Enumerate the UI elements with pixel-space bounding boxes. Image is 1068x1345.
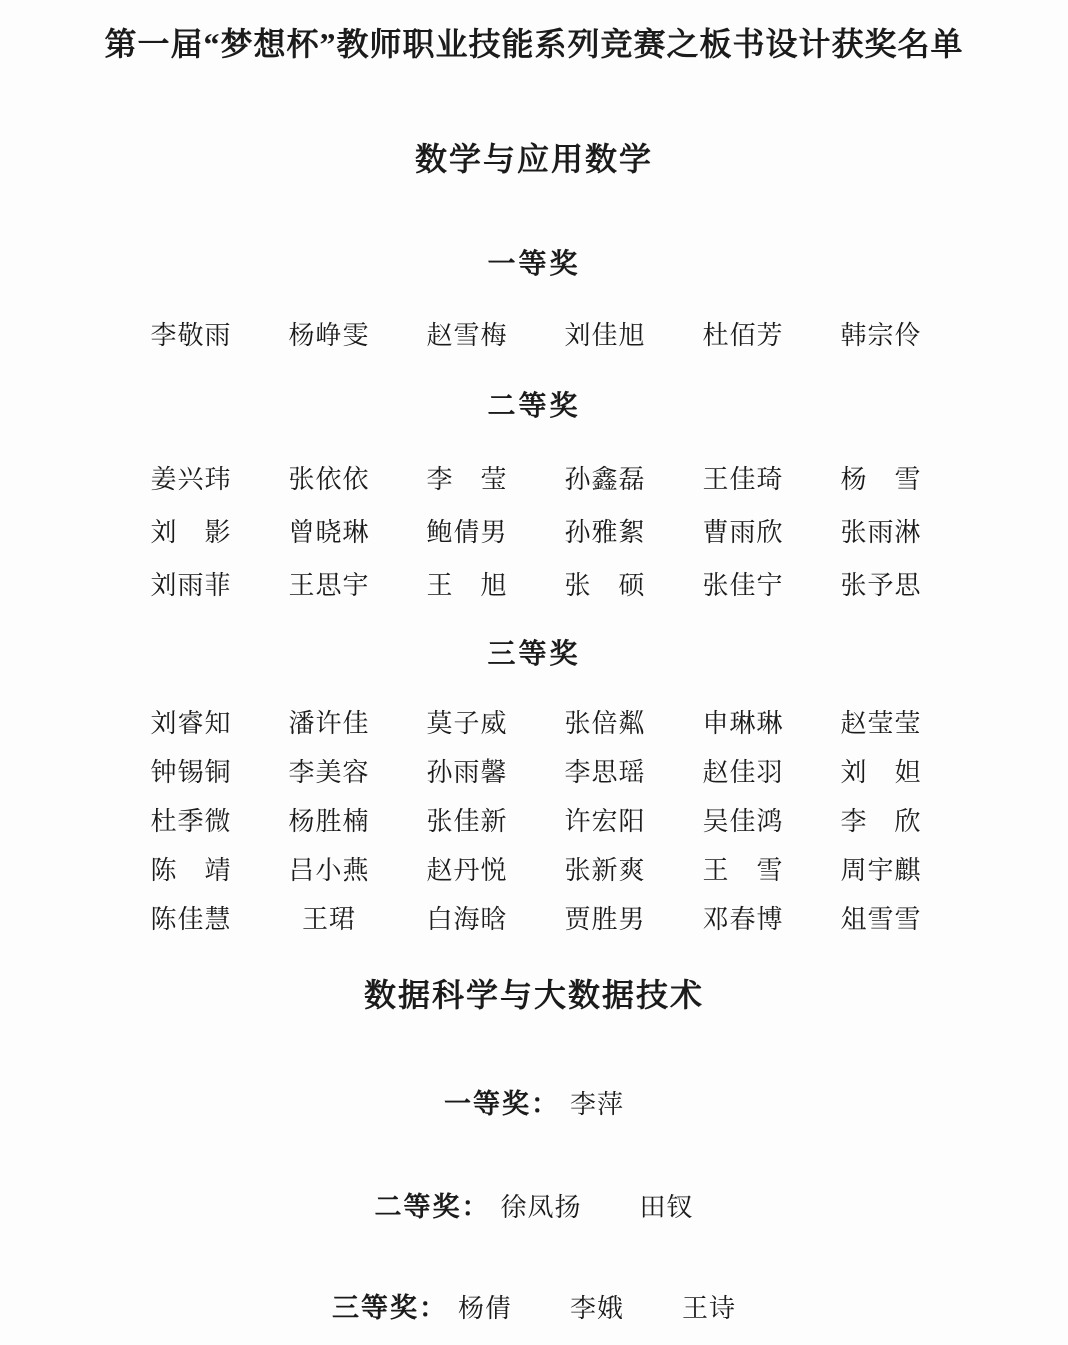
awardee-name: 莫子威 [398,711,536,737]
awardee-name: 孙鑫磊 [536,467,674,493]
awardee-name: 吕小燕 [260,858,398,884]
awardee-name: 李敬雨 [122,323,260,349]
awardee-name: 赵佳羽 [674,760,812,786]
awardee-row: 刘雨菲 王思宇 王 旭 张 硕 张佳宁 张予思 [122,573,950,599]
awardee-name: 李 莹 [398,467,536,493]
awardee-name: 刘雨菲 [122,573,260,599]
awardee-row: 刘睿知 潘许佳 莫子威 张倍粼 申琳琳 赵莹莹 [122,711,950,737]
awardee-name: 刘佳旭 [536,323,674,349]
awardee-name: 陈 靖 [122,858,260,884]
awardee-name: 张佳宁 [674,573,812,599]
awardee-row: 姜兴玮 张依依 李 莹 孙鑫磊 王佳琦 杨 雪 [122,467,950,493]
prize-heading-third: 三等奖 [0,641,1068,669]
awardee-name: 杨胜楠 [260,809,398,835]
third-prize-rows: 刘睿知 潘许佳 莫子威 张倍粼 申琳琳 赵莹莹 钟锡铜 李美容 孙雨馨 李思瑶 … [0,711,1068,933]
awardee-name: 邓春博 [674,907,812,933]
awardee-name: 钟锡铜 [122,760,260,786]
awardee-name: 李 欣 [812,809,950,835]
prize-heading-second: 二等奖 [0,393,1068,421]
first-prize-rows: 李敬雨 杨峥雯 赵雪梅 刘佳旭 杜佰芳 韩宗伶 [0,323,1068,349]
prize-line-label: 二等奖： [374,1194,490,1221]
awardee-name: 张雨淋 [812,520,950,546]
awardee-name: 杨倩 [458,1296,512,1322]
awardee-row: 刘 影 曾晓琳 鲍倩男 孙雅絮 曹雨欣 张雨淋 [122,520,950,546]
awardee-name: 贾胜男 [536,907,674,933]
awardee-name: 姜兴玮 [122,467,260,493]
awardee-name: 赵莹莹 [812,711,950,737]
awardee-name: 刘 妲 [812,760,950,786]
awardee-name: 王诗 [682,1296,736,1322]
prize-line-label: 三等奖： [332,1295,448,1322]
awardee-name: 杜季微 [122,809,260,835]
awardee-name: 许宏阳 [536,809,674,835]
section-heading-datascience: 数据科学与大数据技术 [0,979,1068,1011]
awardee-name: 杜佰芳 [674,323,812,349]
prize-line-third: 三等奖： 杨倩 李娥 王诗 [0,1295,1068,1322]
prize-heading-first: 一等奖 [0,251,1068,279]
awardee-name: 赵雪梅 [398,323,536,349]
awardee-name: 张予思 [812,573,950,599]
awardee-name: 张新爽 [536,858,674,884]
awardee-name: 王珺 [260,907,398,933]
awardee-name: 李美容 [260,760,398,786]
awardee-name: 李娥 [570,1296,624,1322]
awardee-name: 申琳琳 [674,711,812,737]
awardee-name: 孙雨馨 [398,760,536,786]
awardee-name: 杨 雪 [812,467,950,493]
awardee-name: 曹雨欣 [674,520,812,546]
awardee-name: 杨峥雯 [260,323,398,349]
awardee-name: 李思瑶 [536,760,674,786]
awardee-name: 韩宗伶 [812,323,950,349]
awardee-name: 周宇麒 [812,858,950,884]
awardee-name: 刘睿知 [122,711,260,737]
awardee-name: 吴佳鸿 [674,809,812,835]
awardee-name: 王佳琦 [674,467,812,493]
awardee-name: 白海晗 [398,907,536,933]
awardee-name: 张倍粼 [536,711,674,737]
awardee-name: 孙雅絮 [536,520,674,546]
awardee-name: 张佳新 [398,809,536,835]
award-document: 第一届“梦想杯”教师职业技能系列竞赛之板书设计获奖名单 数学与应用数学 一等奖 … [0,0,1068,1345]
awardee-row: 陈佳慧 王珺 白海晗 贾胜男 邓春博 俎雪雪 [122,907,950,933]
awardee-name: 曾晓琳 [260,520,398,546]
awardee-name: 鲍倩男 [398,520,536,546]
awardee-row: 李敬雨 杨峥雯 赵雪梅 刘佳旭 杜佰芳 韩宗伶 [122,323,950,349]
awardee-name: 张 硕 [536,573,674,599]
awardee-name: 张依依 [260,467,398,493]
page-title: 第一届“梦想杯”教师职业技能系列竞赛之板书设计获奖名单 [40,26,1028,63]
awardee-name: 刘 影 [122,520,260,546]
section-heading-math: 数学与应用数学 [0,143,1068,175]
prize-line-label: 一等奖： [444,1091,560,1118]
awardee-name: 赵丹悦 [398,858,536,884]
awardee-name: 王 旭 [398,573,536,599]
awardee-row: 杜季微 杨胜楠 张佳新 许宏阳 吴佳鸿 李 欣 [122,809,950,835]
awardee-name: 徐凤扬 [500,1195,581,1221]
awardee-name: 潘许佳 [260,711,398,737]
awardee-name: 王 雪 [674,858,812,884]
second-prize-rows: 姜兴玮 张依依 李 莹 孙鑫磊 王佳琦 杨 雪 刘 影 曾晓琳 鲍倩男 孙雅絮 … [0,467,1068,599]
awardee-name: 俎雪雪 [812,907,950,933]
awardee-name: 李萍 [570,1092,624,1118]
prize-line-second: 二等奖： 徐凤扬 田钗 [0,1194,1068,1221]
prize-line-first: 一等奖： 李萍 [0,1091,1068,1118]
awardee-name: 田钗 [640,1195,694,1221]
awardee-row: 陈 靖 吕小燕 赵丹悦 张新爽 王 雪 周宇麒 [122,858,950,884]
awardee-name: 王思宇 [260,573,398,599]
awardee-row: 钟锡铜 李美容 孙雨馨 李思瑶 赵佳羽 刘 妲 [122,760,950,786]
awardee-name: 陈佳慧 [122,907,260,933]
